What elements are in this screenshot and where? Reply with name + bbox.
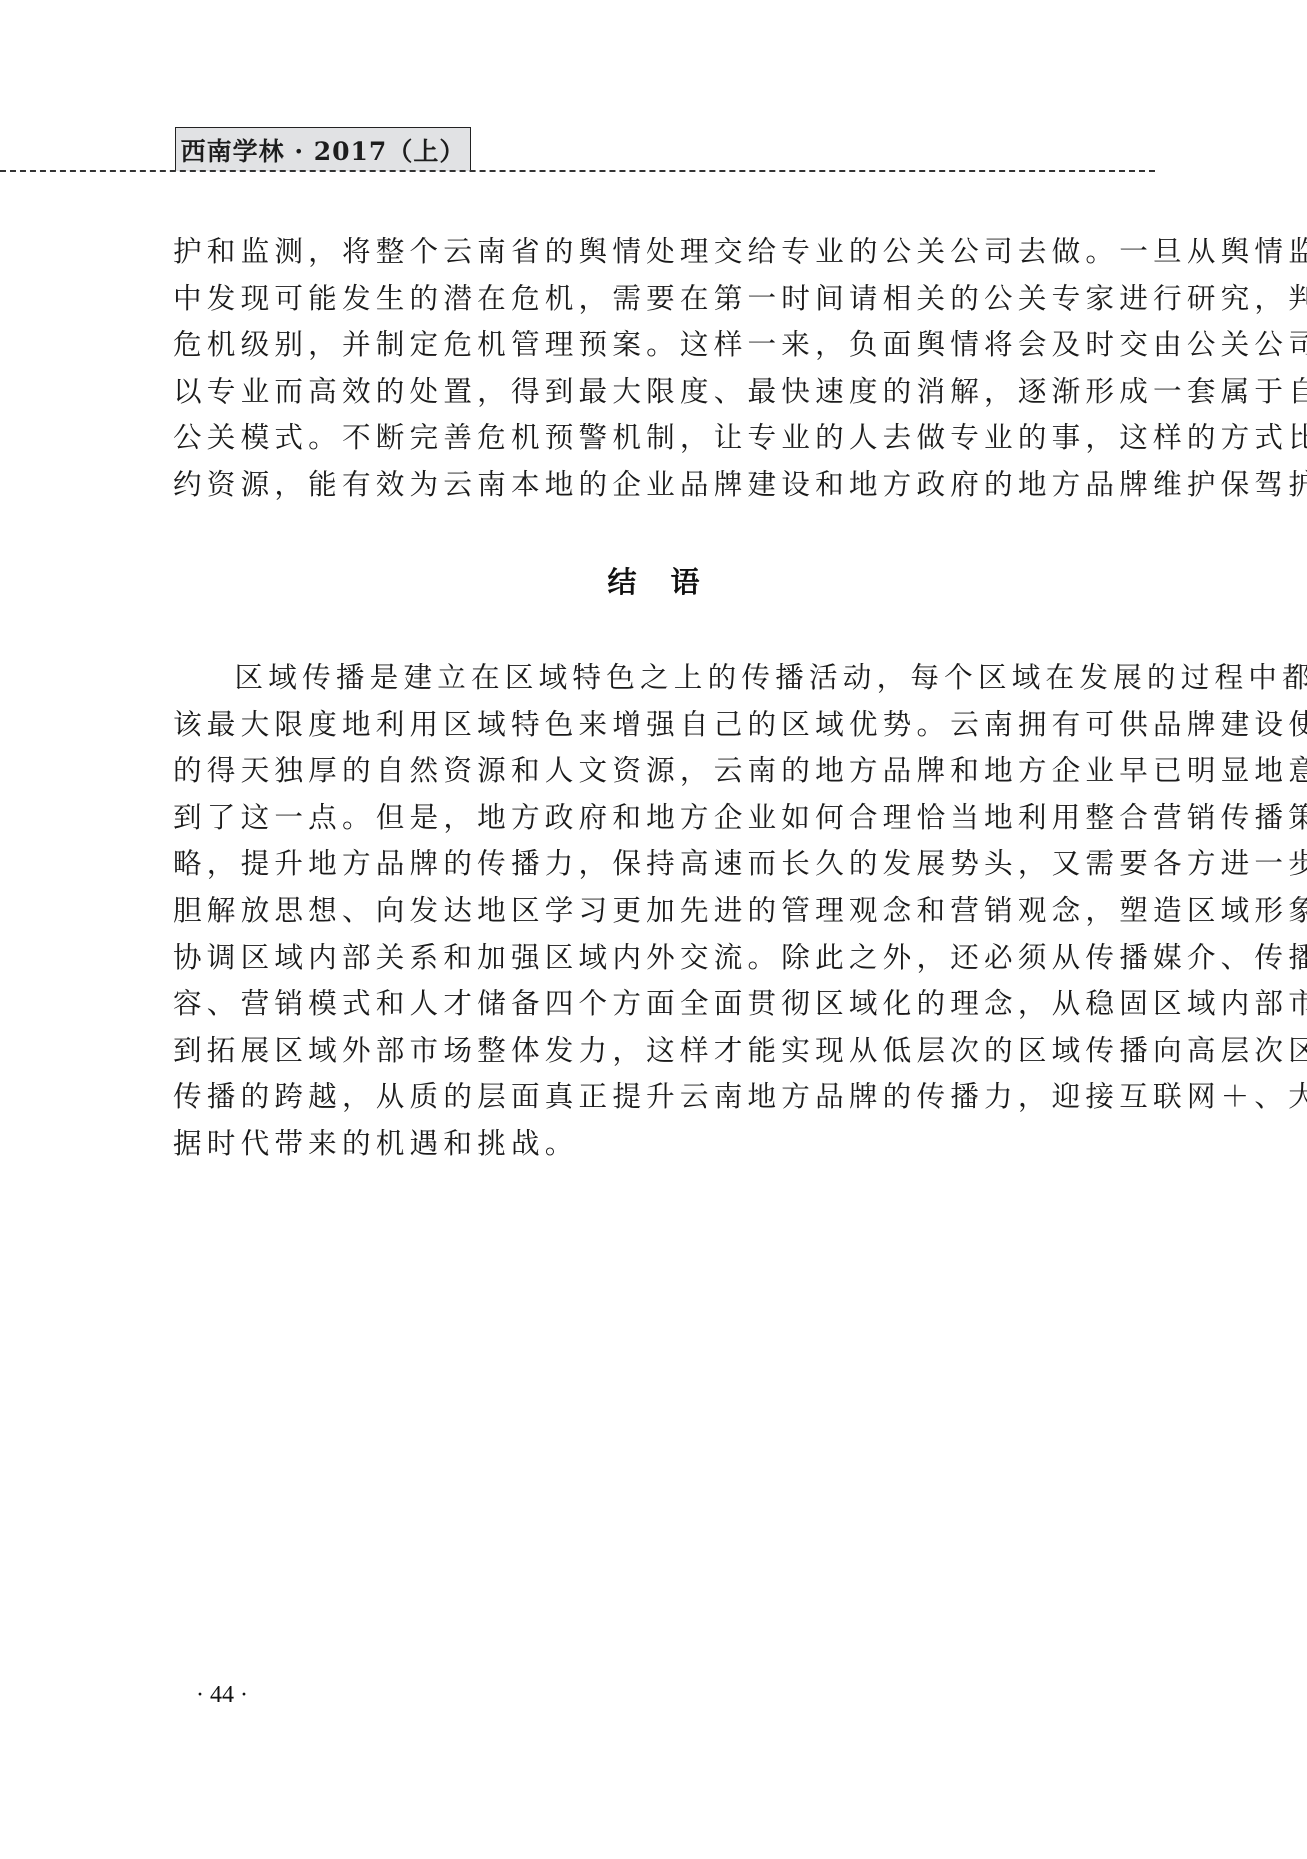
text-line: 区域传播是建立在区域特色之上的传播活动，每个区域在发展的过程中都应 xyxy=(173,654,1158,701)
text-line: 该最大限度地利用区域特色来增强自己的区域优势。云南拥有可供品牌建设使用 xyxy=(173,701,1158,748)
text-line: 胆解放思想、向发达地区学习更加先进的管理观念和营销观念，塑造区域形象、 xyxy=(173,887,1158,934)
section-heading-conclusion: 结语 xyxy=(0,560,1307,601)
heading-char: 语 xyxy=(671,560,700,601)
paragraph-conclusion: 区域传播是建立在区域特色之上的传播活动，每个区域在发展的过程中都应 该最大限度地… xyxy=(173,654,1158,1167)
text-line: 中发现可能发生的潜在危机，需要在第一时间请相关的公关专家进行研究，判断 xyxy=(173,275,1158,322)
text-line: 以专业而高效的处置，得到最大限度、最快速度的消解，逐渐形成一套属于自己的 xyxy=(173,368,1158,415)
text-line: 的得天独厚的自然资源和人文资源，云南的地方品牌和地方企业早已明显地意识 xyxy=(173,747,1158,794)
text-line: 略，提升地方品牌的传播力，保持高速而长久的发展势头，又需要各方进一步大 xyxy=(173,840,1158,887)
text-line: 据时代带来的机遇和挑战。 xyxy=(173,1120,1158,1167)
text-line: 危机级别，并制定危机管理预案。这样一来，负面舆情将会及时交由公关公司予 xyxy=(173,321,1158,368)
text-line: 容、营销模式和人才储备四个方面全面贯彻区域化的理念，从稳固区域内部市场 xyxy=(173,980,1158,1027)
text-line: 协调区域内部关系和加强区域内外交流。除此之外，还必须从传播媒介、传播内 xyxy=(173,934,1158,981)
text-line: 传播的跨越，从质的层面真正提升云南地方品牌的传播力，迎接互联网＋、大数 xyxy=(173,1073,1158,1120)
text-line: 护和监测，将整个云南省的舆情处理交给专业的公关公司去做。一旦从舆情监测 xyxy=(173,228,1158,275)
heading-char: 结 xyxy=(607,560,636,601)
paragraph-continued: 护和监测，将整个云南省的舆情处理交给专业的公关公司去做。一旦从舆情监测 中发现可… xyxy=(173,228,1158,508)
text-line: 到拓展区域外部市场整体发力，这样才能实现从低层次的区域传播向高层次区域 xyxy=(173,1027,1158,1074)
text-line: 约资源，能有效为云南本地的企业品牌建设和地方政府的地方品牌维护保驾护航。 xyxy=(173,461,1158,508)
page-number: · 44 · xyxy=(196,1682,248,1709)
text-line: 到了这一点。但是，地方政府和地方企业如何合理恰当地利用整合营销传播策 xyxy=(173,794,1158,841)
running-header-title: 西南学林 · 2017（上） xyxy=(175,127,471,171)
header-dashed-rule xyxy=(0,170,1155,172)
text-line: 公关模式。不断完善危机预警机制，让专业的人去做专业的事，这样的方式比较节 xyxy=(173,414,1158,461)
